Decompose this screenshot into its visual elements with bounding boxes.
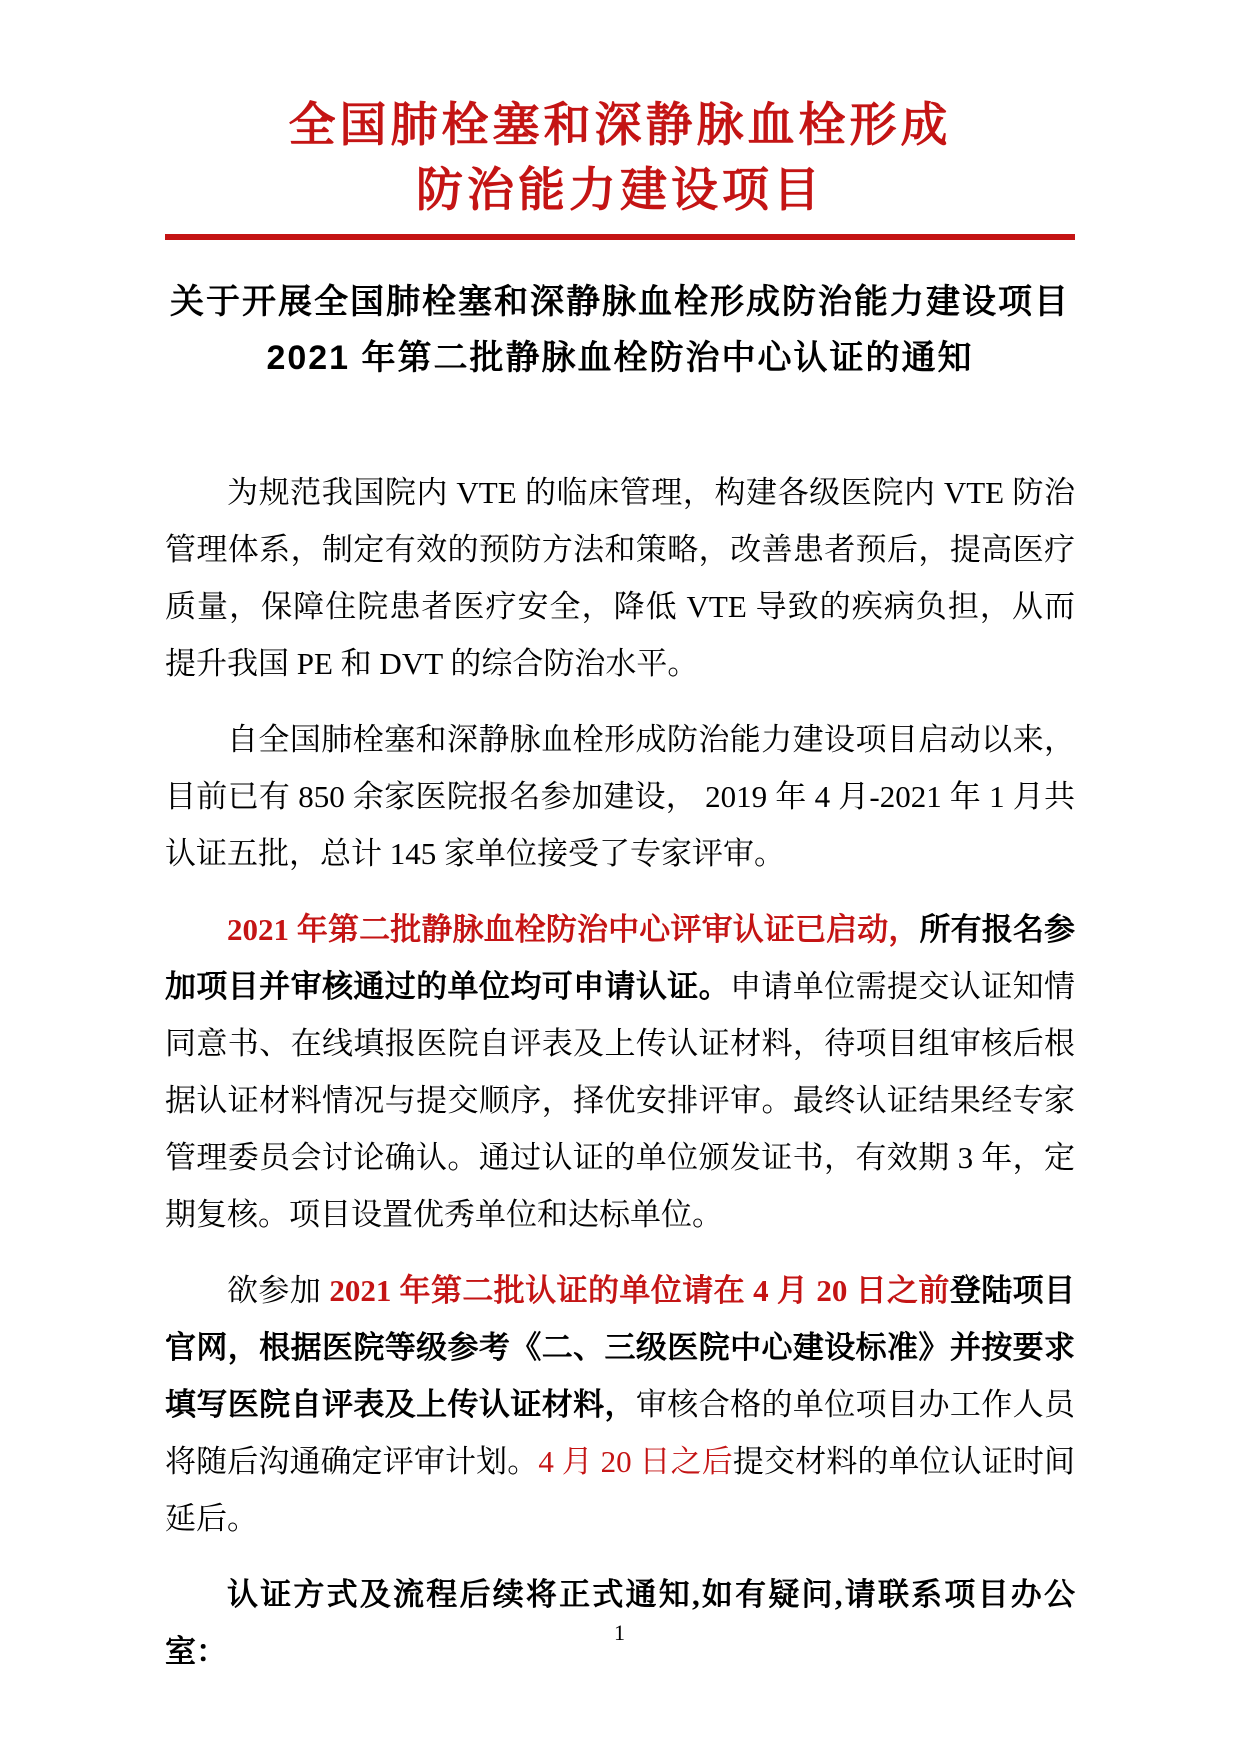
page-number: 1 <box>0 1620 1239 1646</box>
page-content: 全国肺栓塞和深静脉血栓形成 防治能力建设项目 关于开展全国肺栓塞和深静脉血栓形成… <box>0 0 1239 1680</box>
text-run: 为规范我国院内 VTE 的临床管理，构建各级医院内 VTE 防治管理体系，制定有… <box>165 475 1075 681</box>
paragraph-application-deadline: 欲参加 2021 年第二批认证的单位请在 4 月 20 日之前登陆项目官网，根据… <box>165 1262 1075 1547</box>
letterhead: 全国肺栓塞和深静脉血栓形成 防治能力建设项目 <box>165 92 1075 240</box>
letterhead-title-line2: 防治能力建设项目 <box>165 157 1075 222</box>
paragraph-progress: 自全国肺栓塞和深静脉血栓形成防治能力建设项目启动以来，目前已有 850 余家医院… <box>165 711 1075 882</box>
paragraph-intro: 为规范我国院内 VTE 的临床管理，构建各级医院内 VTE 防治管理体系，制定有… <box>165 464 1075 692</box>
text-run: 申请单位需提交认证知情同意书、在线填报医院自评表及上传认证材料，待项目组审核后根… <box>165 969 1075 1232</box>
notice-title: 关于开展全国肺栓塞和深静脉血栓形成防治能力建设项目 2021 年第二批静脉血栓防… <box>165 274 1075 386</box>
text-run: 自全国肺栓塞和深静脉血栓形成防治能力建设项目启动以来，目前已有 850 余家医院… <box>165 722 1075 871</box>
letterhead-title-line1: 全国肺栓塞和深静脉血栓形成 <box>165 92 1075 157</box>
text-run-highlight: 2021 年第二批认证的单位请在 4 月 20 日之前 <box>329 1273 949 1308</box>
notice-title-line1: 关于开展全国肺栓塞和深静脉血栓形成防治能力建设项目 <box>165 274 1075 330</box>
text-run: 欲参加 <box>227 1273 329 1308</box>
text-run-highlight: 4 月 20 日之后 <box>538 1444 733 1479</box>
notice-title-line2: 2021 年第二批静脉血栓防治中心认证的通知 <box>165 330 1075 386</box>
text-run-highlight: 2021 年第二批静脉血栓防治中心评审认证已启动， <box>227 912 919 947</box>
paragraph-certification-launch: 2021 年第二批静脉血栓防治中心评审认证已启动，所有报名参加项目并审核通过的单… <box>165 901 1075 1243</box>
letterhead-divider <box>165 234 1075 240</box>
notice-body: 为规范我国院内 VTE 的临床管理，构建各级医院内 VTE 防治管理体系，制定有… <box>165 464 1075 1680</box>
document-page: 全国肺栓塞和深静脉血栓形成 防治能力建设项目 关于开展全国肺栓塞和深静脉血栓形成… <box>0 0 1239 1754</box>
